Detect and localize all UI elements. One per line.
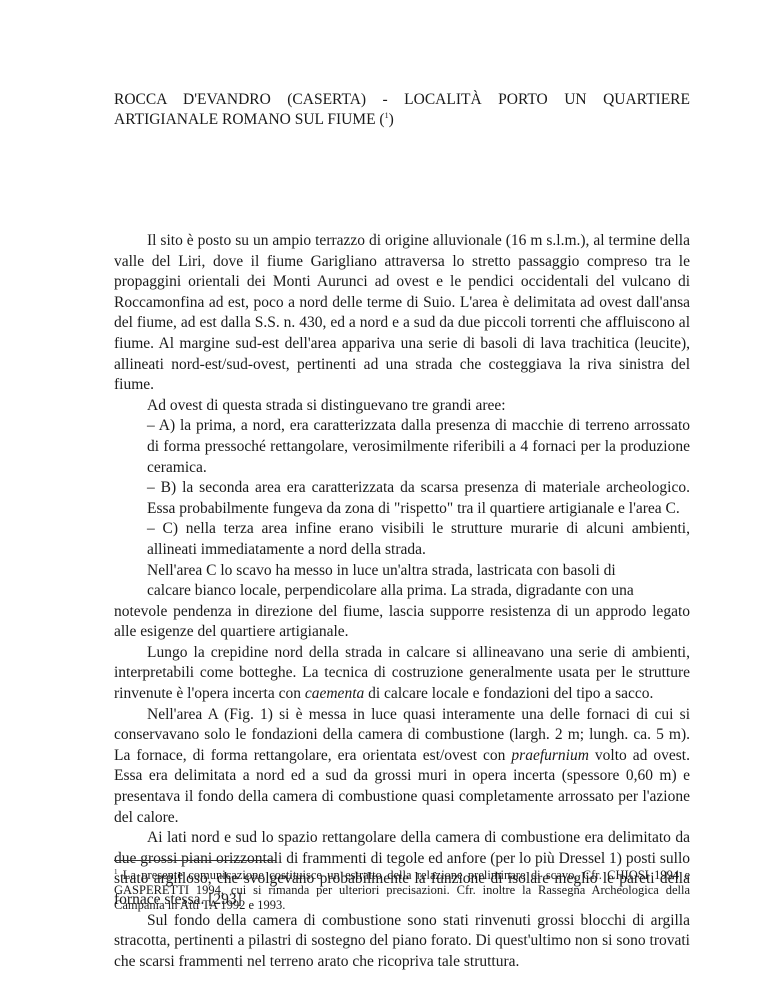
title-text: ROCCA D'EVANDRO (CASERTA) - LOCALITÀ POR… (114, 91, 690, 128)
paragraph-area-c-road: Nell'area C lo scavo ha messo in luce un… (114, 561, 690, 643)
text-segment: di calcare locale e fondazioni del tipo … (364, 685, 653, 702)
body-text: Il sito è posto su un ampio terrazzo di … (114, 231, 690, 972)
footnote-text: La presente comunicazione costituisce un… (114, 868, 690, 912)
title-close: ) (389, 111, 394, 128)
document-page: ROCCA D'EVANDRO (CASERTA) - LOCALITÀ POR… (0, 0, 768, 994)
list-item-area-c: – C) nella terza area infine erano visib… (114, 519, 690, 560)
paragraph-workshops: Lungo la crepidine nord della strada in … (114, 643, 690, 705)
paragraph-combustion-floor: Sul fondo della camera di combustione so… (114, 911, 690, 973)
italic-term: praefurnium (511, 747, 589, 764)
page-title: ROCCA D'EVANDRO (CASERTA) - LOCALITÀ POR… (114, 90, 690, 130)
paragraph-site: Il sito è posto su un ampio terrazzo di … (114, 231, 690, 396)
paragraph-line: calcare bianco locale, perpendicolare al… (114, 581, 690, 602)
footnote: 1 La presente comunicazione costituisce … (114, 868, 690, 913)
paragraph-areas-intro: Ad ovest di questa strada si distingueva… (114, 396, 690, 417)
list-item-area-b: – B) la seconda area era caratterizzata … (114, 478, 690, 519)
paragraph-line: Nell'area C lo scavo ha messo in luce un… (114, 561, 690, 582)
list-item-area-a: – A) la prima, a nord, era caratterizzat… (114, 416, 690, 478)
paragraph-kiln: Nell'area A (Fig. 1) si è messa in luce … (114, 705, 690, 829)
paragraph-line: notevole pendenza in direzione del fiume… (114, 602, 690, 643)
footnote-divider (114, 860, 276, 861)
italic-term: caementa (305, 685, 364, 702)
